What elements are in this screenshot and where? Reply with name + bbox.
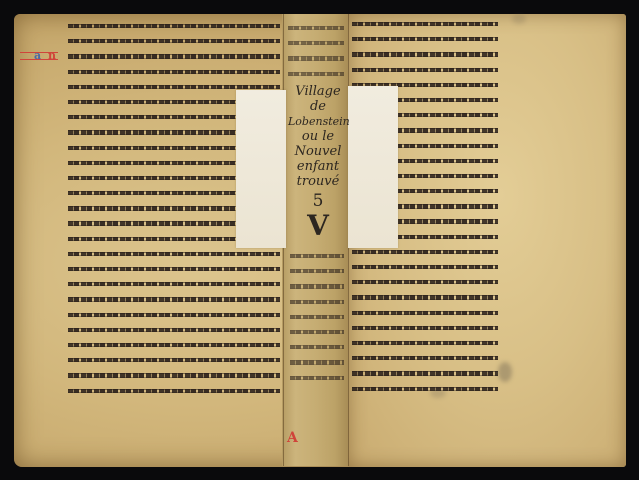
spine-title-line: Nouvel [288, 144, 348, 159]
spine-title-line: Village [288, 84, 348, 99]
spine-title-line: enfant [288, 159, 348, 174]
rubric-initial-mark-icon: a n [20, 50, 60, 60]
spine-title-line: Lobenstein [288, 114, 348, 129]
rubric-spine-mark-icon: A [287, 430, 298, 446]
spine-title-line: de [288, 99, 348, 114]
stain [498, 362, 512, 382]
paper-patch-left [236, 90, 286, 248]
stain [512, 14, 526, 24]
manuscript-text-spine-lower [290, 254, 344, 384]
paper-patch-right [348, 86, 398, 248]
volume-roman-numeral: V [288, 211, 348, 241]
volume-number: 5 [288, 191, 348, 211]
stain [430, 388, 446, 398]
spine-title-label: Village de Lobenstein ou le Nouvel enfan… [288, 84, 348, 244]
manuscript-text-spine [288, 26, 344, 86]
spine-title-line: trouvé [288, 174, 348, 189]
spine-title-line: ou le [288, 129, 348, 144]
